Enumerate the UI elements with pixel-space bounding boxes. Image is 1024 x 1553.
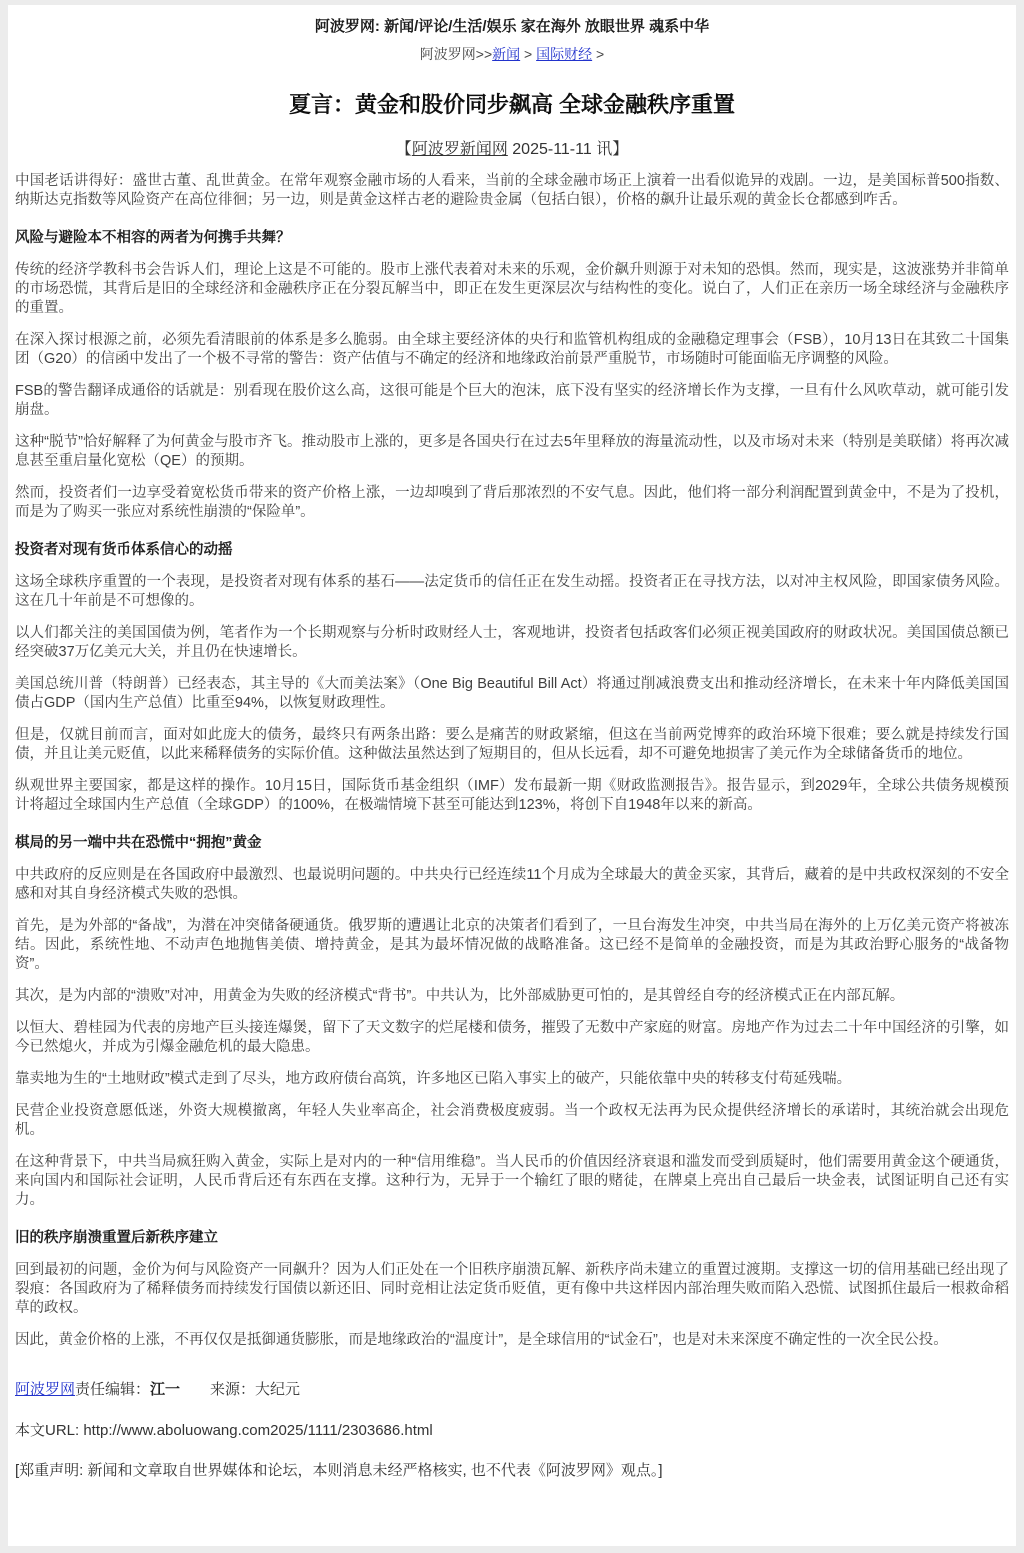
breadcrumb-site-prefix: 阿波罗网>> (420, 46, 492, 62)
dateline-open-bracket: 【 (396, 141, 412, 158)
article-paragraph: 靠卖地为生的“土地财政”模式走到了尽头，地方政府债台高筑，许多地区已陷入事实上的… (15, 1070, 1009, 1089)
article-paragraph: 美国总统川普（特朗普）已经表态，其主导的《大而美法案》（One Big Beau… (15, 675, 1009, 713)
article-paragraph: 中国老话讲得好：盛世古董、乱世黄金。在常年观察金融市场的人看来，当前的全球金融市… (15, 172, 1009, 210)
article-paragraph: 传统的经济学教科书会告诉人们，理论上这是不可能的。股市上涨代表着对未来的乐观，金… (15, 261, 1009, 318)
article-paragraph: 在深入探讨根源之前，必须先看清眼前的体系是多么脆弱。由全球主要经济体的央行和监管… (15, 331, 1009, 369)
footer-site-link[interactable]: 阿波罗网 (15, 1381, 75, 1398)
article-url-line: 本文URL: http://www.aboluowang.com2025/111… (15, 1419, 1009, 1440)
section-heading: 旧的秩序崩溃重置后新秩序建立 (15, 1229, 1009, 1248)
article-paragraph: 但是，仅就目前而言，面对如此庞大的债务，最终只有两条出路：要么是痛苦的财政紧缩，… (15, 726, 1009, 764)
dateline: 【阿波罗新闻网 2025-11-11 讯】 (15, 136, 1009, 159)
source-text: 来源：大纪元 (210, 1381, 300, 1398)
editor-name: 江一 (150, 1381, 180, 1398)
article-paragraph: 其次，是为内部的“溃败”对冲，用黄金为失败的经济模式“背书”。中共认为，比外部威… (15, 987, 1009, 1006)
article-paragraph: 这场全球秩序重置的一个表现，是投资者对现有体系的基石——法定货币的信任正在发生动… (15, 573, 1009, 611)
article-paragraph: 然而，投资者们一边享受着宽松货币带来的资产价格上涨，一边却嗅到了背后那浓烈的不安… (15, 484, 1009, 522)
disclaimer: [郑重声明: 新闻和文章取自世界媒体和论坛，本则消息未经严格核实, 也不代表《阿… (15, 1459, 1009, 1480)
article-paragraph: FSB的警告翻译成通俗的话就是：别看现在股价这么高，这很可能是个巨大的泡沫，底下… (15, 382, 1009, 420)
editor-label: 责任编辑： (75, 1381, 150, 1398)
breadcrumb-link-news[interactable]: 新闻 (492, 46, 520, 62)
editor-line: 阿波罗网责任编辑：江一来源：大纪元 (15, 1378, 1009, 1399)
breadcrumb-separator-end: > (592, 46, 604, 62)
article-paragraph: 这种“脱节”恰好解释了为何黄金与股市齐飞。推动股市上涨的，更多是各国央行在过去5… (15, 433, 1009, 471)
section-heading: 棋局的另一端中共在恐慌中“拥抱”黄金 (15, 834, 1009, 853)
breadcrumb: 阿波罗网>>新闻 > 国际财经 > (15, 44, 1009, 64)
dateline-date: 2025-11-11 讯】 (508, 141, 628, 158)
site-tagline: 阿波罗网: 新闻/评论/生活/娱乐 家在海外 放眼世界 魂系中华 (15, 15, 1009, 36)
article-paragraph: 以恒大、碧桂园为代表的房地产巨头接连爆煲，留下了天文数字的烂尾楼和债务，摧毁了无… (15, 1019, 1009, 1057)
article-paragraph: 首先，是为外部的“备战”，为潜在冲突储备硬通货。俄罗斯的遭遇让北京的决策者们看到… (15, 917, 1009, 974)
article-paragraph: 回到最初的问题，金价为何与风险资产一同飙升？因为人们正处在一个旧秩序崩溃瓦解、新… (15, 1261, 1009, 1318)
dateline-source-link[interactable]: 阿波罗新闻网 (412, 141, 508, 158)
article-paragraph: 纵观世界主要国家，都是这样的操作。10月15日，国际货币基金组织（IMF）发布最… (15, 777, 1009, 815)
content-panel: 阿波罗网: 新闻/评论/生活/娱乐 家在海外 放眼世界 魂系中华 阿波罗网>>新… (8, 5, 1016, 1546)
article-paragraph: 因此，黄金价格的上涨，不再仅仅是抵御通货膨胀，而是地缘政治的“温度计”，是全球信… (15, 1331, 1009, 1350)
article-paragraph: 民营企业投资意愿低迷，外资大规模撤离，年轻人失业率高企，社会消费极度疲弱。当一个… (15, 1102, 1009, 1140)
article-paragraph: 在这种背景下，中共当局疯狂购入黄金，实际上是对内的一种“信用维稳”。当人民币的价… (15, 1153, 1009, 1210)
article-body: 中国老话讲得好：盛世古董、乱世黄金。在常年观察金融市场的人看来，当前的全球金融市… (15, 172, 1009, 1350)
page-title: 夏言：黄金和股价同步飙高 全球金融秩序重置 (15, 88, 1009, 119)
section-heading: 风险与避险本不相容的两者为何携手共舞？ (15, 229, 1009, 248)
breadcrumb-link-category[interactable]: 国际财经 (536, 46, 592, 62)
article-paragraph: 以人们都关注的美国国债为例，笔者作为一个长期观察与分析时政财经人士，客观地讲，投… (15, 624, 1009, 662)
breadcrumb-separator: > (520, 46, 536, 62)
section-heading: 投资者对现有货币体系信心的动摇 (15, 541, 1009, 560)
article-paragraph: 中共政府的反应则是在各国政府中最激烈、也最说明问题的。中共央行已经连续11个月成… (15, 866, 1009, 904)
